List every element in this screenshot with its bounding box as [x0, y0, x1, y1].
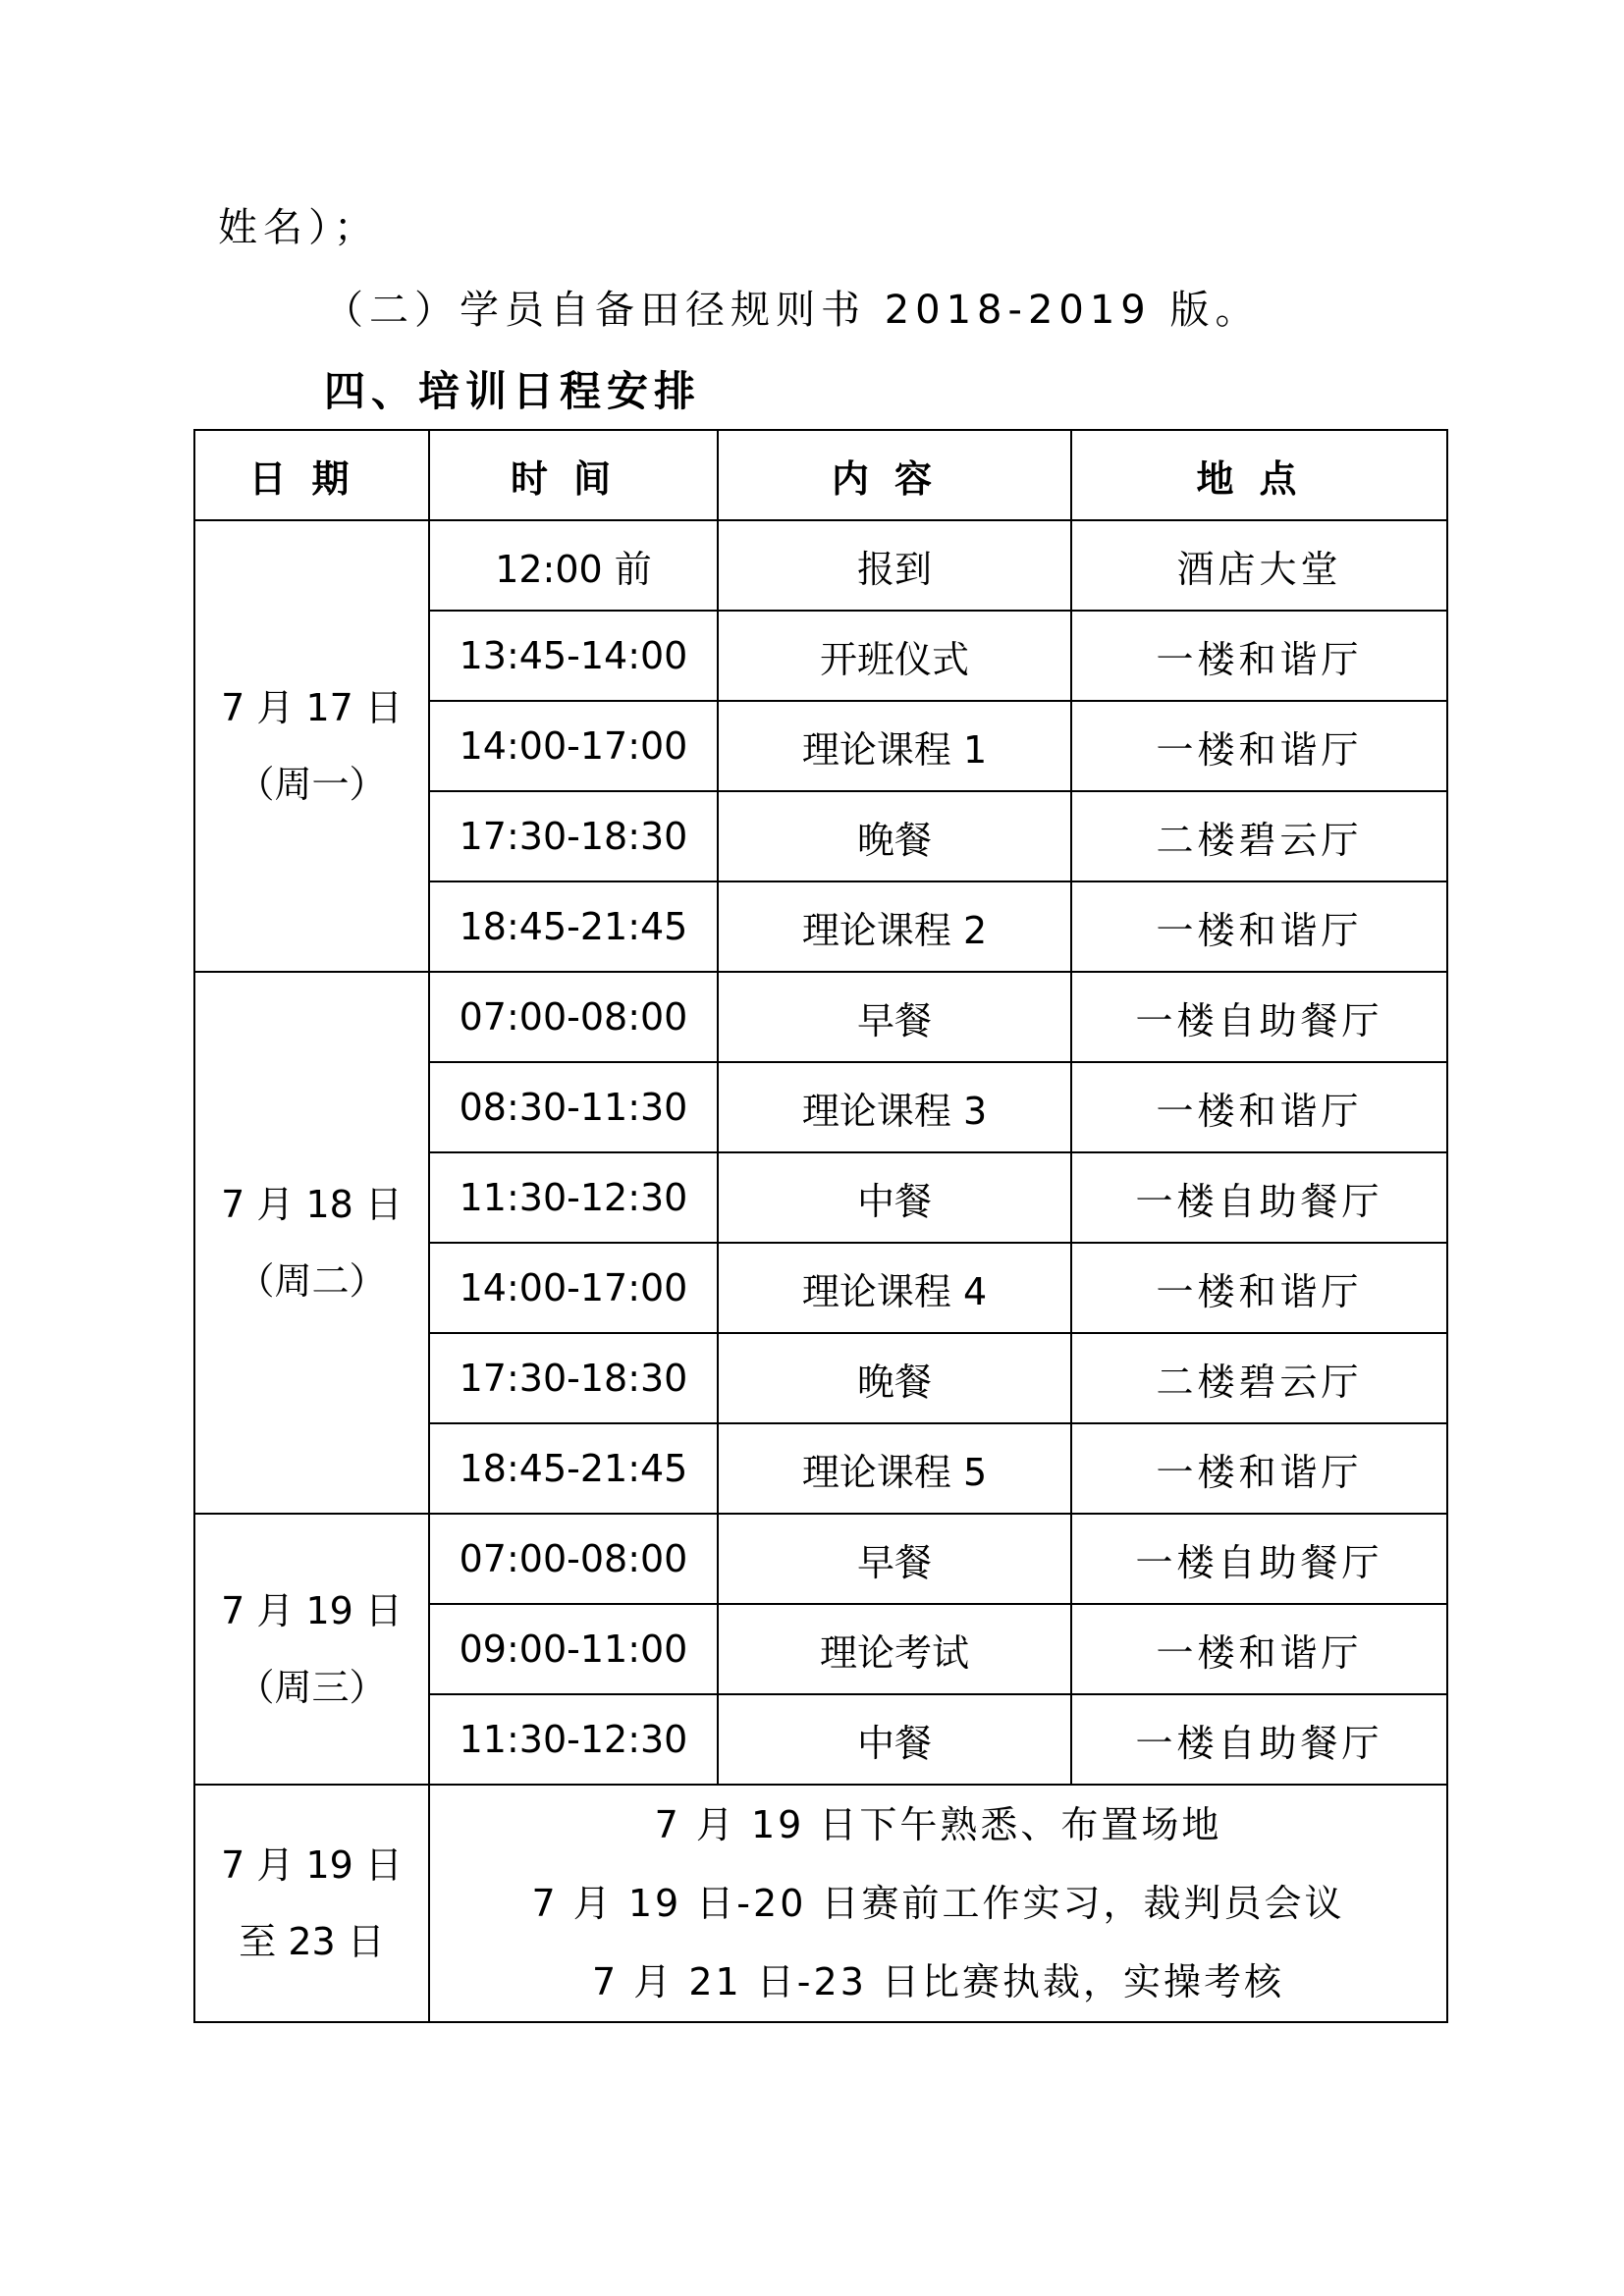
date-range-start: 7 月 19 日 — [195, 1827, 428, 1903]
section-heading: 四、培训日程安排 — [324, 371, 701, 412]
location-cell: 一楼和谐厅 — [1071, 1423, 1447, 1514]
location-cell: 一楼自助餐厅 — [1071, 1152, 1447, 1243]
time-cell: 18:45-21:45 — [429, 881, 718, 972]
table-header-row: 日期 时间 内容 地点 — [194, 430, 1447, 520]
time-cell: 07:00-08:00 — [429, 972, 718, 1062]
time-cell: 14:00-17:00 — [429, 1243, 718, 1333]
table-row: 7 月 17 日 （周一） 12:00 前 报到 酒店大堂 — [194, 520, 1447, 611]
time-cell: 11:30-12:30 — [429, 1152, 718, 1243]
note-line: 7 月 19 日-20 日赛前工作实习，裁判员会议 — [430, 1864, 1446, 1943]
date-label: 7 月 18 日 — [195, 1166, 428, 1243]
date-cell-day2: 7 月 18 日 （周二） — [194, 972, 429, 1514]
time-cell: 07:00-08:00 — [429, 1514, 718, 1604]
content-cell: 理论考试 — [718, 1604, 1071, 1694]
location-cell: 二楼碧云厅 — [1071, 1333, 1447, 1423]
date-cell-day1: 7 月 17 日 （周一） — [194, 520, 429, 972]
weekday-label: （周三） — [195, 1649, 428, 1726]
header-date: 日期 — [194, 430, 429, 520]
location-cell: 一楼和谐厅 — [1071, 1604, 1447, 1694]
time-cell: 18:45-21:45 — [429, 1423, 718, 1514]
note-line: 7 月 21 日-23 日比赛执裁，实操考核 — [430, 1943, 1446, 2021]
location-cell: 一楼和谐厅 — [1071, 1062, 1447, 1152]
text-line-rulebook: （二）学员自备田径规则书 2018-2019 版。 — [324, 291, 1260, 330]
table-row-final: 7 月 19 日 至 23 日 7 月 19 日下午熟悉、布置场地 7 月 19… — [194, 1785, 1447, 2022]
location-cell: 一楼和谐厅 — [1071, 611, 1447, 701]
note-line: 7 月 19 日下午熟悉、布置场地 — [430, 1786, 1446, 1864]
location-cell: 一楼和谐厅 — [1071, 881, 1447, 972]
content-cell: 理论课程 3 — [718, 1062, 1071, 1152]
table-row: 7 月 19 日 （周三） 07:00-08:00 早餐 一楼自助餐厅 — [194, 1514, 1447, 1604]
location-cell: 一楼和谐厅 — [1071, 701, 1447, 791]
location-cell: 一楼自助餐厅 — [1071, 1694, 1447, 1785]
date-cell-range: 7 月 19 日 至 23 日 — [194, 1785, 429, 2022]
time-cell: 08:30-11:30 — [429, 1062, 718, 1152]
text-line-name-end: 姓名）； — [218, 208, 379, 247]
content-cell: 晚餐 — [718, 791, 1071, 881]
content-cell: 早餐 — [718, 972, 1071, 1062]
location-cell: 一楼和谐厅 — [1071, 1243, 1447, 1333]
time-cell: 09:00-11:00 — [429, 1604, 718, 1694]
time-cell: 12:00 前 — [429, 520, 718, 611]
content-cell: 理论课程 4 — [718, 1243, 1071, 1333]
content-cell: 中餐 — [718, 1694, 1071, 1785]
location-cell: 一楼自助餐厅 — [1071, 1514, 1447, 1604]
date-label: 7 月 19 日 — [195, 1573, 428, 1649]
weekday-label: （周二） — [195, 1243, 428, 1319]
content-cell: 理论课程 2 — [718, 881, 1071, 972]
content-cell: 开班仪式 — [718, 611, 1071, 701]
schedule-table: 日期 时间 内容 地点 7 月 17 日 （周一） 12:00 前 报到 酒店大… — [193, 429, 1448, 2023]
content-cell: 理论课程 1 — [718, 701, 1071, 791]
location-cell: 二楼碧云厅 — [1071, 791, 1447, 881]
content-cell: 中餐 — [718, 1152, 1071, 1243]
content-cell: 晚餐 — [718, 1333, 1071, 1423]
content-cell: 理论课程 5 — [718, 1423, 1071, 1514]
time-cell: 14:00-17:00 — [429, 701, 718, 791]
header-location: 地点 — [1071, 430, 1447, 520]
date-range-end: 至 23 日 — [195, 1903, 428, 1980]
date-cell-day3: 7 月 19 日 （周三） — [194, 1514, 429, 1785]
time-cell: 17:30-18:30 — [429, 1333, 718, 1423]
header-content: 内容 — [718, 430, 1071, 520]
weekday-label: （周一） — [195, 746, 428, 823]
location-cell: 酒店大堂 — [1071, 520, 1447, 611]
content-cell: 报到 — [718, 520, 1071, 611]
location-cell: 一楼自助餐厅 — [1071, 972, 1447, 1062]
table-row: 7 月 18 日 （周二） 07:00-08:00 早餐 一楼自助餐厅 — [194, 972, 1447, 1062]
time-cell: 11:30-12:30 — [429, 1694, 718, 1785]
time-cell: 17:30-18:30 — [429, 791, 718, 881]
notes-cell: 7 月 19 日下午熟悉、布置场地 7 月 19 日-20 日赛前工作实习，裁判… — [429, 1785, 1447, 2022]
header-time: 时间 — [429, 430, 718, 520]
time-cell: 13:45-14:00 — [429, 611, 718, 701]
date-label: 7 月 17 日 — [195, 669, 428, 746]
content-cell: 早餐 — [718, 1514, 1071, 1604]
